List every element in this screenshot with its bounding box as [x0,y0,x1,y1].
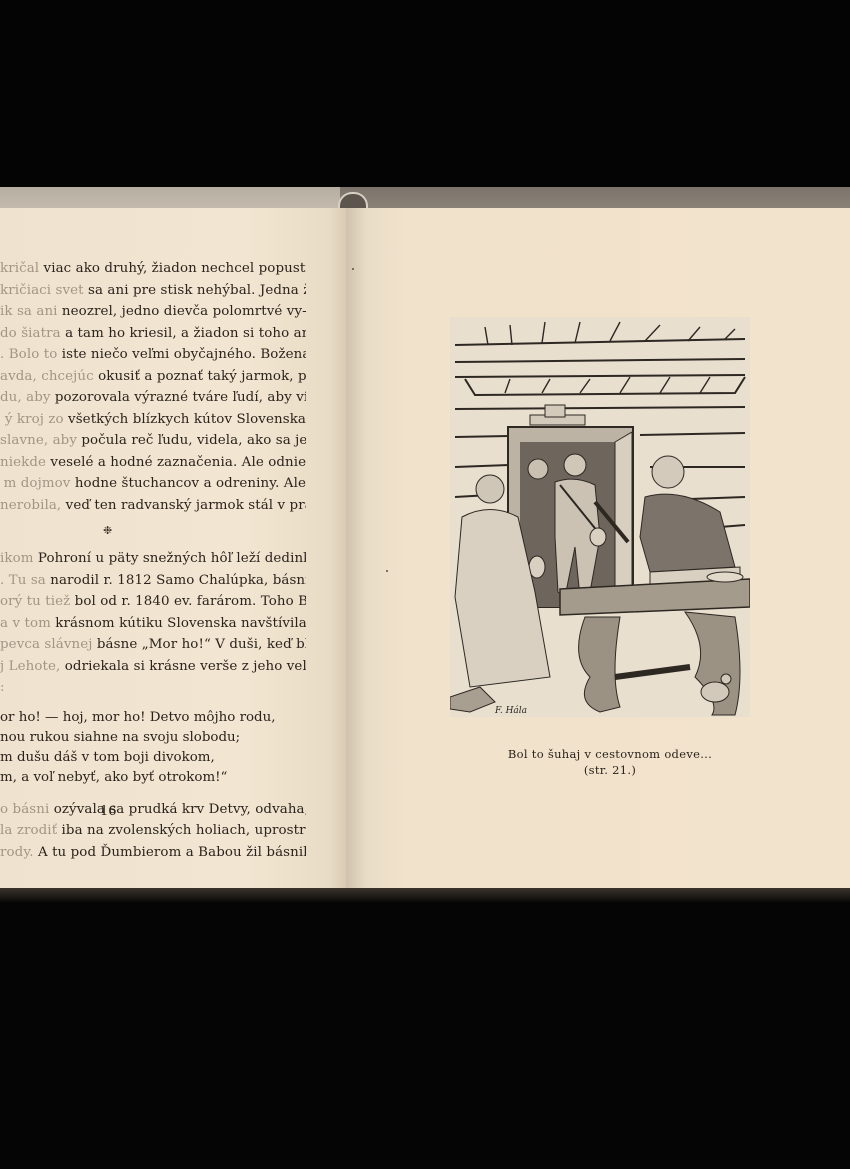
line-text: viac ako druhý, žiadon nechcel popustiť … [44,261,306,276]
line-text: Pohroní u päty snežných hôľ leží dedinka [38,551,306,566]
illustration: F. Hála [450,317,750,717]
faded-text: j Lehote, [0,659,65,674]
faded-text: ikom [0,551,38,566]
caption-page-ref: (str. 21.) [480,762,740,778]
book-bottom-edge [0,888,850,902]
background-top [0,0,850,190]
illustration-caption: Bol to šuhaj v cestovnom odeve... (str. … [480,746,740,778]
section-ornament: ❉ [103,524,112,537]
faded-text: o básni [0,802,54,817]
line-text: krásnom kútiku Slovenska navštívila, [55,616,306,631]
verse-line: m dušu dáš v tom boji divokom, [0,747,215,769]
faded-text: kričiaci svet [0,283,88,298]
text-line: o básni ozývala sa prudká krv Detvy, odv… [0,799,306,821]
text-line: kričiaci svet sa ani pre stisk nehýbal. … [0,280,306,302]
faded-text: m dušu dáš [0,750,82,765]
faded-text: pevca slávnej [0,637,97,652]
illustration-drawing-icon: F. Hála [450,317,750,717]
faded-text: do šiatra [0,326,65,341]
faded-text: ý kroj zo [5,412,68,427]
line-text: veď ten radvanský jarmok stál v prav- [66,498,306,513]
paper-speck [386,570,388,572]
text-line: niekde veselé a hodné zaznačenia. Ale od… [0,452,306,474]
text-line: nerobila, veď ten radvanský jarmok stál … [0,495,306,517]
page-number: 16 [100,804,117,819]
text-line: avda, chcejúc okusiť a poznať taký jarmo… [0,366,306,388]
faded-text: avda, chcejúc [0,369,98,384]
text-line: la zrodiť iba na zvolenských holiach, up… [0,820,306,842]
line-text: veselé a hodné zaznačenia. Ale odniesla [50,455,306,470]
faded-text: or ho! — [0,710,63,725]
faded-text: kričal [0,261,44,276]
text-line: : [0,677,306,699]
verse-line: or ho! — hoj, mor ho! Detvo môjho rodu, [0,707,276,729]
text-line: ik sa ani neozrel, jedno dievča polomrtv… [0,301,306,323]
line-text: a tam ho kriesil, a žiadon si toho ani [65,326,306,341]
faded-text: slavne, aby [0,433,81,448]
faded-text: orý tu tiež [0,594,75,609]
caption-title: Bol to šuhaj v cestovnom odeve... [480,746,740,762]
text-line: . Bolo to iste niečo veľmi obyčajného. B… [0,344,306,366]
faded-text: m dojmov [4,476,75,491]
verse-line: nou rukou siahne na svoju slobodu; [0,727,240,749]
background-bottom [0,888,850,1169]
line-text: sa ani pre stisk nehýbal. Jedna žena [88,283,306,298]
line-text: odriekala si krásne verše z jeho veľ- [65,659,306,674]
faded-text: nerobila, [0,498,66,513]
text-line: do šiatra a tam ho kriesil, a žiadon si … [0,323,306,345]
line-text: počula reč ľudu, videla, ako sa jed- [81,433,306,448]
faded-text: rody. [0,845,38,860]
line-text: neozrel, jedno dievča polomrtvé vy- [62,304,306,319]
text-line: du, aby pozorovala výrazné tváre ľudí, a… [0,387,306,409]
line-text: bol od r. 1840 ev. farárom. Toho Bo- [75,594,306,609]
text-line: ý kroj zo všetkých blízkych kútov Sloven… [0,409,306,431]
line-text: hoj, mor ho! Detvo môjho rodu, [63,710,276,725]
line-text: ozývala sa prudká krv Detvy, odvaha, [54,802,306,817]
line-text: iste niečo veľmi obyčajného. Božena [62,347,306,362]
line-text: siahne na svoju slobodu; [74,730,241,745]
line-text: pozorovala výrazné tváre ľudí, aby vi- [55,390,306,405]
line-text: básne „Mor ho!“ V duši, keď blí- [97,637,306,652]
faded-text: nou rukou [0,730,74,745]
text-line: a v tom krásnom kútiku Slovenska navštív… [0,613,306,635]
line-text: hodne štuchancov a odreniny. Ale [75,476,306,491]
faded-text: : [0,680,5,695]
line-text: iba na zvolenských holiach, uprostred [62,823,306,838]
faded-text: ik sa ani [0,304,62,319]
faded-text: la zrodiť [0,823,62,838]
verse-line: m, a voľ nebyť, ako byť otrokom!“ [0,767,227,789]
line-text: všetkých blízkych kútov Slovenska [68,412,306,427]
text-line: pevca slávnej básne „Mor ho!“ V duši, ke… [0,634,306,656]
faded-text: niekde [0,455,50,470]
text-line: ikom Pohroní u päty snežných hôľ leží de… [0,548,306,570]
line-text: nebyť, ako byť otrokom!“ [58,770,228,785]
faded-text: a v tom [0,616,55,631]
line-text: okusiť a poznať taký jarmok, pus- [98,369,306,384]
faded-text: m, a voľ [0,770,58,785]
line-text: A tu pod Ďumbierom a Babou žil básnik [38,845,306,860]
faded-text: du, aby [0,390,55,405]
text-line: j Lehote, odriekala si krásne verše z je… [0,656,306,678]
book-cover-edge-left [0,187,340,209]
faded-text: . Tu sa [0,573,50,588]
text-line: orý tu tiež bol od r. 1840 ev. farárom. … [0,591,306,613]
svg-text:F. Hála: F. Hála [494,705,527,716]
faded-text: . Bolo to [0,347,62,362]
text-line: . Tu sa narodil r. 1812 Samo Chalúpka, b… [0,570,306,592]
text-line: slavne, aby počula reč ľudu, videla, ako… [0,430,306,452]
line-text: narodil r. 1812 Samo Chalúpka, básnik [50,573,306,588]
text-line: m dojmov hodne štuchancov a odreniny. Al… [0,473,306,495]
text-line: kričal viac ako druhý, žiadon nechcel po… [0,258,306,280]
text-line: rody. A tu pod Ďumbierom a Babou žil bás… [0,842,306,864]
paper-speck [352,268,354,270]
line-text: v tom boji divokom, [82,750,215,765]
